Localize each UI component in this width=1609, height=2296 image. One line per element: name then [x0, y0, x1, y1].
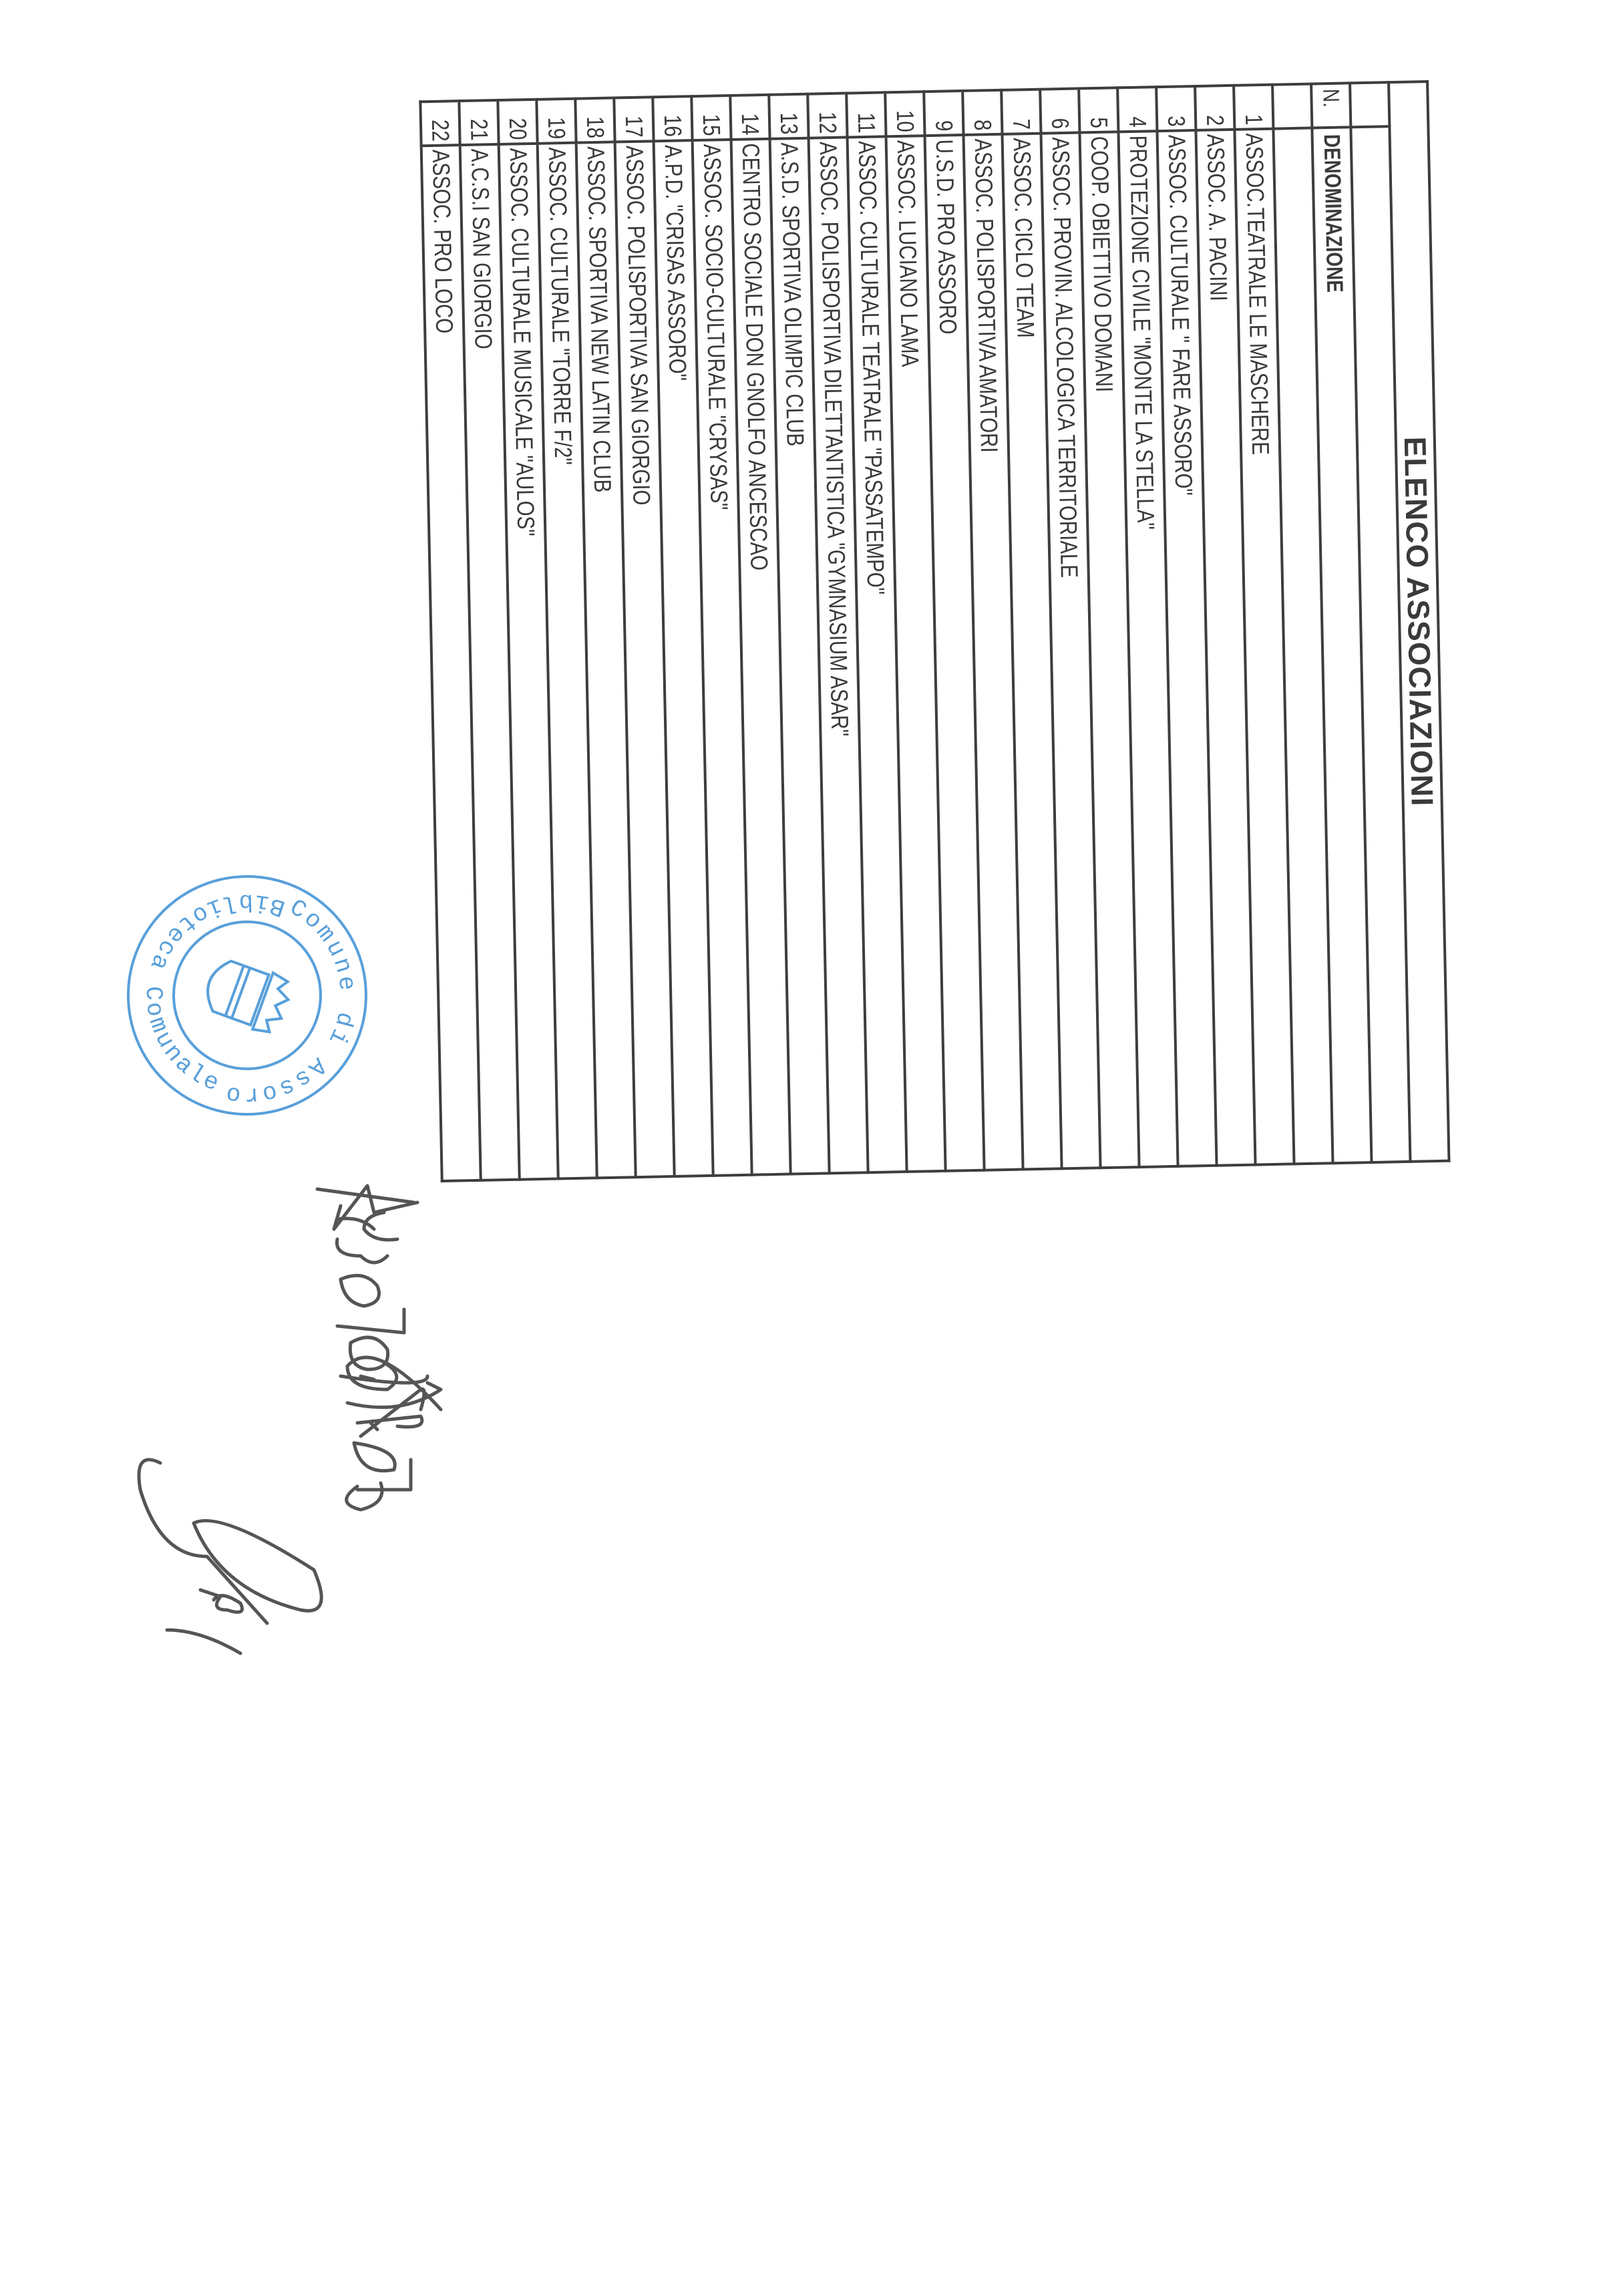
- document-page: ELENCO ASSOCIAZIONI N. DENOMINAZIONE 1AS…: [0, 0, 1609, 2296]
- column-header-number: N.: [1311, 83, 1351, 128]
- row-number: 3: [1156, 86, 1196, 131]
- row-number: 16: [653, 96, 692, 141]
- row-number: 6: [1040, 89, 1079, 134]
- row-number: 2: [1195, 86, 1234, 130]
- row-number: 19: [536, 99, 576, 144]
- row-number: 9: [924, 91, 963, 136]
- table-body: 1ASSOC.TEATRALE LE MASCHERE2ASSOC. A. PA…: [420, 85, 1294, 1181]
- row-number: 7: [1001, 90, 1041, 134]
- row-number: 13: [769, 94, 808, 139]
- row-number: 14: [730, 95, 769, 140]
- row-number: 22: [420, 101, 460, 146]
- row-number: 4: [1117, 87, 1157, 132]
- row-number: 11: [846, 92, 886, 137]
- row-number: 10: [885, 92, 924, 136]
- row-number: 17: [614, 97, 653, 142]
- row-number: 21: [459, 100, 498, 145]
- stamp-top-text: Comune di Assoro: [216, 892, 374, 1122]
- svg-text:Biblioteca Comunale: Biblioteca Comunale: [120, 868, 289, 1099]
- library-stamp: Comune di Assoro Biblioteca Comunale: [120, 868, 374, 1122]
- row-number: 5: [1079, 88, 1118, 132]
- coat-of-arms-icon: [199, 953, 295, 1037]
- svg-text:Comune di Assoro: Comune di Assoro: [216, 892, 374, 1122]
- associations-table-wrapper: ELENCO ASSOCIAZIONI N. DENOMINAZIONE 1AS…: [419, 80, 1450, 1182]
- row-number: 18: [575, 98, 614, 142]
- row-number: 12: [808, 94, 847, 138]
- row-number: 15: [691, 96, 731, 140]
- stamp-bottom-text: Biblioteca Comunale: [120, 868, 289, 1099]
- associations-table: ELENCO ASSOCIAZIONI N. DENOMINAZIONE 1AS…: [419, 80, 1450, 1182]
- row-number: 1: [1234, 85, 1273, 130]
- row-number: 8: [962, 90, 1002, 135]
- row-number: 20: [498, 100, 537, 144]
